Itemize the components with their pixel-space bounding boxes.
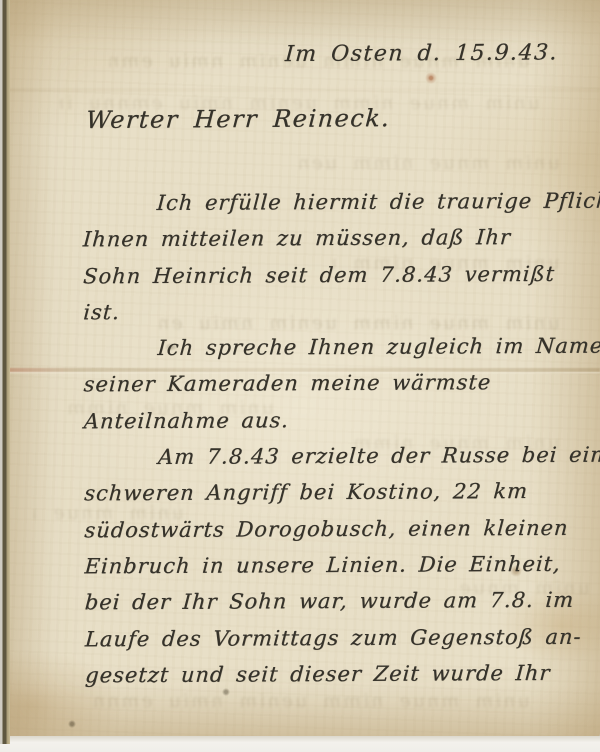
bleedthrough-line: unim mnue nimm uenim nmiu emnnu inmme un… [299, 150, 561, 176]
letter-photo: unim mnue nimm uenim nmiu emnnu inmme un… [0, 0, 600, 752]
handwritten-line: schweren Angriff bei Kostino, 22 km [83, 473, 591, 512]
handwritten-line: Ich erfülle hiermit die traurige Pflicht [82, 183, 590, 222]
handwritten-line: gesetzt und seit dieser Zeit wurde Ihr [84, 655, 592, 694]
handwritten-line: Ich spreche Ihnen zugleich im Namen [82, 328, 590, 367]
letter-body: Ich erfülle hiermit die traurige Pflicht… [83, 183, 592, 694]
photo-left-edge [0, 0, 10, 744]
handwritten-line: Anteilnahme aus. [83, 400, 591, 439]
handwritten-line: bei der Ihr Sohn war, wurde am 7.8. im [84, 582, 592, 621]
handwritten-line: Am 7.8.43 erzielte der Russe bei einem [83, 437, 591, 476]
handwritten-line: seiner Kameraden meine wärmste [83, 364, 591, 403]
handwritten-line: Laufe des Vormittags zum Gegenstoß an- [84, 618, 592, 657]
salutation: Werter Herr Reineck. [85, 104, 391, 134]
handwritten-line: Einbruch in unsere Linien. Die Einheit, [83, 546, 591, 585]
photo-bottom-strip [0, 736, 600, 752]
handwritten-line: Sohn Heinrich seit dem 7.8.43 vermißt [82, 255, 590, 294]
handwritten-line: Ihnen mitteilen zu müssen, daß Ihr [82, 219, 590, 258]
handwritten-line: südostwärts Dorogobusch, einen kleinen [83, 509, 591, 548]
fold-crease-faint [6, 88, 600, 92]
handwritten-line: ist. [82, 292, 590, 331]
dateline: Im Osten d. 15.9.43. [284, 40, 559, 67]
